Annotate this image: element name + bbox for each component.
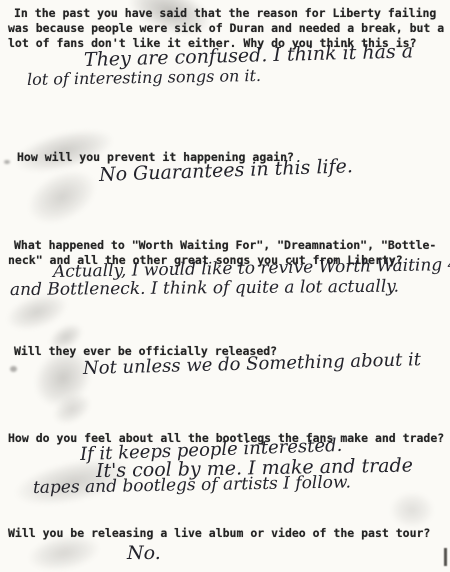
handwritten-answer-line: and Bottleneck. I think of quite a lot a… xyxy=(10,277,399,300)
smudge-mark xyxy=(19,160,104,234)
scanned-document-page: In the past you have said that the reaso… xyxy=(0,0,450,572)
question-line: In the past you have said that the reaso… xyxy=(14,6,436,20)
smudge-mark xyxy=(390,492,434,528)
question-line: What happened to "Worth Waiting For", "D… xyxy=(14,238,436,252)
smudge-mark xyxy=(48,388,96,431)
smudge-mark xyxy=(10,366,17,372)
smudge-mark xyxy=(4,160,10,164)
handwritten-answer-line: lot of interesting songs on it. xyxy=(27,66,261,89)
question-line: was because people were sick of Duran an… xyxy=(8,21,444,35)
question-line: Will you be releasing a live album or vi… xyxy=(8,526,430,540)
handwritten-answer-line: No. xyxy=(127,542,161,564)
handwritten-answer-line: tapes and bootlegs of artists I follow. xyxy=(33,472,351,498)
scan-edge-mark xyxy=(444,548,447,566)
